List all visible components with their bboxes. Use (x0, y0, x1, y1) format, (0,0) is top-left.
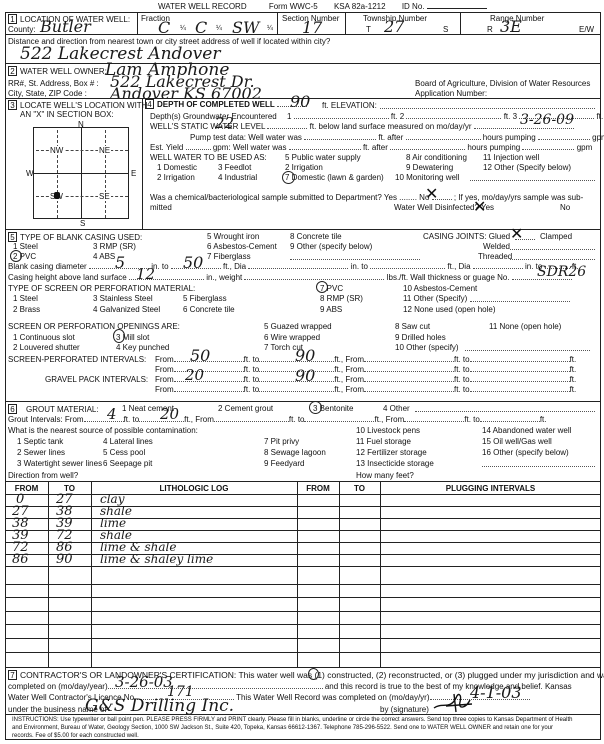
contam-option-9[interactable]: 9 Feedyard (264, 459, 304, 468)
use-option-4[interactable]: 4 Industrial (218, 173, 257, 182)
openings-label: SCREEN OR PERFORATION OPENINGS ARE: (8, 322, 180, 331)
contam-option-1[interactable]: 1 Septic tank (17, 437, 63, 446)
sample-no-mark: ✕ (425, 184, 438, 203)
use-selected-circle (282, 171, 295, 184)
screen-interval-row-2: Fromft. toft., Fromft. toft. (155, 365, 576, 374)
contam-option-14[interactable]: 14 Abandoned water well (482, 426, 571, 435)
use-option-10[interactable]: 10 Monitoring well (395, 173, 459, 182)
compass-e: E (131, 169, 136, 178)
screen-option-10[interactable]: 10 Asbestos-Cement (403, 284, 477, 293)
contam-option-13[interactable]: 13 Insecticide storage (356, 459, 434, 468)
casing-to-field[interactable]: 50 (183, 253, 203, 272)
opening-option-10[interactable]: 10 Other (specify) (395, 343, 459, 352)
section3-heading: 3LOCATE WELL'S LOCATION WITH (8, 100, 147, 110)
business-name-field[interactable]: G&S Drilling Inc. (85, 696, 234, 716)
disinfected-yes-mark: ✕ (473, 197, 486, 216)
gravel-from-field[interactable]: 20 (185, 366, 204, 384)
section-number-field[interactable]: 17 (302, 18, 322, 37)
static-level-field[interactable]: 22 (215, 114, 234, 132)
grout-intervals-row: Grout Intervals: Fromft. toft., Fromft. … (8, 415, 547, 424)
quadrant-ne[interactable]: NE (98, 146, 111, 155)
contam-option-12[interactable]: 12 Fertilizer storage (356, 448, 427, 457)
screen-option-8[interactable]: 8 RMP (SR) (320, 294, 363, 303)
application-number-label: Application Number: (415, 89, 487, 98)
city-label: City, State, ZIP Code : (8, 89, 87, 98)
contam-option-2[interactable]: 2 Sewer lines (17, 448, 65, 457)
casing-height-field[interactable]: 12 (136, 265, 155, 283)
opening-option-8[interactable]: 8 Saw cut (395, 322, 430, 331)
gravel-to-field[interactable]: 90 (295, 366, 315, 385)
casing-selected-circle (10, 250, 22, 262)
screen-to-field[interactable]: 90 (295, 346, 315, 365)
contam-option-11[interactable]: 11 Fuel storage (356, 437, 411, 446)
opening-selected-circle (113, 329, 125, 343)
contam-option-6[interactable]: 6 Seepage pit (103, 459, 152, 468)
screen-option-2[interactable]: 2 Brass (13, 305, 40, 314)
casing-option-6[interactable]: 6 Asbestos-Cement (207, 242, 277, 251)
compass-s: S (80, 219, 85, 228)
screen-option-12[interactable]: 12 None used (open hole) (403, 305, 496, 314)
contam-option-7[interactable]: 7 Pit privy (264, 437, 299, 446)
screen-intervals-label: SCREEN-PERFORATED INTERVALS: (8, 355, 146, 364)
contam-option-15[interactable]: 15 Oil well/Gas well (482, 437, 552, 446)
use-option-11[interactable]: 11 Injection well (483, 153, 539, 162)
contam-option-4[interactable]: 4 Lateral lines (103, 437, 153, 446)
grout-option-4[interactable]: 4 Other (383, 404, 410, 413)
opening-option-2[interactable]: 2 Louvered shutter (13, 343, 80, 352)
address-label: RR#, St. Address, Box # : (8, 79, 99, 88)
signature[interactable] (432, 690, 478, 714)
opening-option-4[interactable]: 4 Key punched (116, 343, 169, 352)
est-yield-row: Est. Yield gpm: Well water was ft. after… (150, 143, 592, 152)
screen-option-4[interactable]: 4 Galvanized Steel (93, 305, 160, 314)
use-option-5[interactable]: 5 Public water supply (285, 153, 361, 162)
id-label: ID No. (402, 2, 425, 11)
use-option-7[interactable]: 7 Domestic (lawn & garden) (285, 173, 384, 182)
pump-test-row: Pump test data: Well water was ft. after… (190, 133, 604, 142)
screen-interval-row-1: Fromft. toft., Fromft. toft. (155, 355, 576, 364)
screen-option-9[interactable]: 9 ABS (320, 305, 342, 314)
use-option-3[interactable]: 3 Feedlot (218, 163, 251, 172)
well-location-mark (54, 192, 60, 199)
casing-diameter-row: Blank casing diameter in. to ft., Dia in… (8, 262, 578, 271)
opening-option-1[interactable]: 1 Continuous slot (13, 333, 75, 342)
range-field[interactable]: 3E (500, 17, 522, 36)
cert-selected-circle (308, 668, 319, 680)
gravel-interval-row-2: Fromft. toft., Fromft. toft. (155, 385, 576, 394)
fraction-3-field[interactable]: SW (232, 18, 259, 37)
section2-heading: 2WATER WELL OWNER: (8, 66, 107, 76)
casing-option-8[interactable]: 8 Concrete tile (290, 232, 342, 241)
screen-option-11[interactable]: 11 Other (Specify) (403, 294, 467, 303)
screen-selected-circle (316, 281, 328, 293)
screen-material-label: TYPE OF SCREEN OR PERFORATION MATERIAL: (8, 284, 195, 293)
casing-option-7[interactable]: 7 Fiberglass (207, 252, 251, 261)
contam-option-8[interactable]: 8 Sewage lagoon (264, 448, 326, 457)
contam-option-10[interactable]: 10 Livestock pens (356, 426, 420, 435)
depth-field[interactable]: 90 (290, 92, 310, 111)
ksa-reference: KSA 82a-1212 (334, 2, 386, 11)
fraction-2-field[interactable]: C (195, 18, 207, 37)
sample-question: Was a chemical/bacteriological sample su… (150, 193, 583, 202)
casing-type-label: 5TYPE OF BLANK CASING USED: (8, 232, 142, 242)
depth-label: 4DEPTH OF COMPLETED WELL (145, 99, 307, 109)
screen-option-1[interactable]: 1 Steel (13, 294, 38, 303)
contam-option-5[interactable]: 5 Cess pool (103, 448, 145, 457)
casing-joints-label: CASING JOINTS: Glued (423, 232, 510, 241)
instructions: INSTRUCTIONS: Use typewriter or ball poi… (12, 716, 597, 740)
gravel-intervals-label: GRAVEL PACK INTERVALS: (45, 375, 148, 384)
contam-option-16[interactable]: 16 Other (specify below) (482, 448, 569, 457)
quadrant-nw[interactable]: NW (49, 146, 64, 155)
form-header: WATER WELL RECORD Form WWC-5 KSA 82a-121… (158, 2, 487, 11)
grout-from-field[interactable]: 4 (107, 405, 117, 423)
opening-option-5[interactable]: 5 Guazed wrapped (264, 322, 332, 331)
wall-thickness-field[interactable]: SDR26 (537, 264, 586, 280)
use-option-12[interactable]: 12 Other (Specify below) (483, 163, 571, 172)
static-date-field[interactable]: 3-26-09 (520, 112, 574, 128)
grout-option-2[interactable]: 2 Cement grout (218, 404, 273, 413)
screen-option-6[interactable]: 6 Concrete tile (183, 305, 235, 314)
casing-option-4[interactable]: 4 ABS (93, 252, 115, 261)
grout-label: 6GROUT MATERIAL: (8, 404, 99, 414)
use-option-8[interactable]: 8 Air conditioning (406, 153, 467, 162)
opening-option-6[interactable]: 6 Wire wrapped (264, 333, 320, 342)
form-number: Form WWC-5 (269, 2, 318, 11)
direction-label: Direction from well? (8, 471, 78, 480)
form-title: WATER WELL RECORD (158, 2, 247, 11)
county-label: County: (8, 25, 36, 34)
county-field[interactable]: Butler (40, 17, 91, 36)
fraction-1-field[interactable]: C (158, 18, 170, 37)
use-option-1[interactable]: 1 Domestic (157, 163, 197, 172)
certification-row: 7CONTRACTOR'S OR LANDOWNER'S CERTIFICATI… (8, 670, 604, 680)
glued-mark: ✕ (510, 224, 523, 243)
board-label: Board of Agriculture, Division of Water … (415, 79, 590, 88)
opening-option-9[interactable]: 9 Drilled holes (395, 333, 446, 342)
screen-from-field[interactable]: 50 (190, 346, 210, 365)
grout-to-field[interactable]: 20 (160, 405, 179, 423)
contamination-label: What is the nearest source of possible c… (8, 426, 198, 435)
casing-option-3[interactable]: 3 RMP (SR) (93, 242, 136, 251)
casing-option-5[interactable]: 5 Wrought iron (207, 232, 259, 241)
section-box[interactable]: NW NE SW SE (33, 127, 129, 219)
section3-subheading: AN "X" IN SECTION BOX: (20, 110, 114, 119)
screen-option-5[interactable]: 5 Fiberglass (183, 294, 227, 303)
water-use-label: WELL WATER TO BE USED AS: (150, 153, 267, 162)
how-many-feet-label: How many feet? (356, 471, 414, 480)
use-option-2[interactable]: 2 Irrigation (157, 173, 195, 182)
grout-selected-circle (309, 401, 322, 414)
gravel-interval-row-1: Fromft. toft., Fromft. toft. (155, 375, 576, 384)
casing-option-9[interactable]: 9 Other (specify below) (290, 242, 372, 251)
casing-height-row: Casing height above land surface in., we… (8, 273, 572, 282)
screen-option-3[interactable]: 3 Stainless Steel (93, 294, 153, 303)
opening-option-11[interactable]: 11 None (open hole) (489, 322, 561, 331)
contam-option-3[interactable]: 3 Watertight sewer lines (17, 459, 102, 468)
use-option-9[interactable]: 9 Dewatering (406, 163, 453, 172)
quadrant-se[interactable]: SE (98, 192, 111, 201)
casing-diameter-field[interactable]: 5 (115, 253, 125, 272)
completed-date-field[interactable]: 3-26-03 (115, 673, 173, 691)
township-field[interactable]: 27 (384, 17, 404, 36)
static-level-label: WELL'S STATIC WATER LEVEL ft. below land… (150, 122, 574, 131)
signature-label: by (signature) (380, 705, 429, 714)
